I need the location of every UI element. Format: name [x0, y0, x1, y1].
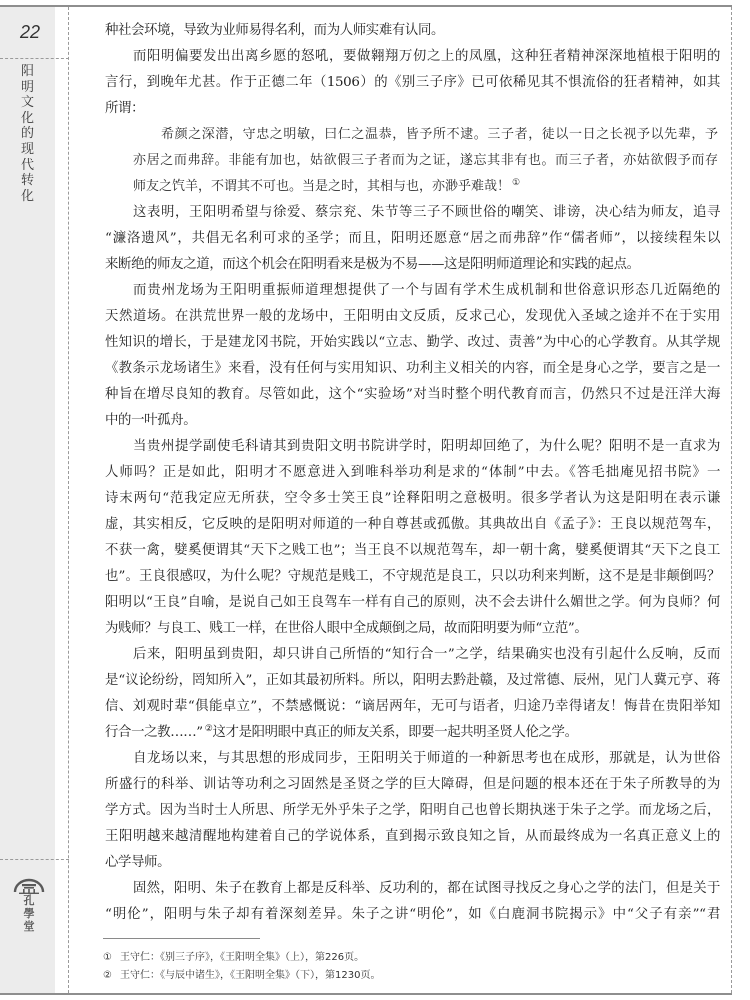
running-title-char: 化: [0, 189, 55, 205]
text-line: 言行，到晚年尤甚。作于正德二年（1506）的《别三子序》已可依稀见其不惧流俗的狂…: [105, 70, 720, 96]
block-quote: 希颜之深潜，守忠之明敏，曰仁之温恭，皆予所不逮。三子者，徒以一日之长视予以先辈，…: [105, 122, 720, 200]
text-line: 所谓：: [105, 96, 720, 122]
running-title-char: 文: [0, 95, 55, 111]
logo-char: 學: [13, 907, 45, 920]
footnote-mark: ①: [103, 951, 120, 965]
text-line: 中的一叶孤舟。: [105, 408, 720, 434]
text-line: 固然，阳明、朱子在教育上都是反科举、反功利的，都在试图寻找反之身心之学的法门，但…: [105, 876, 720, 902]
paragraph: 种社会环境，导致为业师易得名利，而为人师实难有认同。: [105, 18, 720, 44]
text-line: 性知识的增长，于是建龙冈书院，开始实践以“立志、勤学、改过、责善”为中心的心学教…: [105, 330, 720, 356]
running-title-char: 的: [0, 126, 55, 142]
running-title-char: 转: [0, 173, 55, 189]
text-line: 《教条示龙场诸生》来看，没有任何与实用知识、功利主义相关的内容，而全是身心之学，…: [105, 356, 720, 382]
text-line: 当贵州提学副使毛科请其到贵阳文明书院讲学时，阳明却回绝了，为什么呢？阳明不是一直…: [105, 434, 720, 460]
text-line: 阳明以“王良”自喻，是说自己如王良驾车一样有自己的原则，决不会去讲什么媚世之学。…: [105, 590, 720, 616]
text-line: 人师吗？正是如此，阳明才不愿意进入到唯科举功利是求的“体制”中去。《答毛拙庵见招…: [105, 460, 720, 486]
logo-divider: [0, 859, 69, 860]
publisher-logo: 孔 學 堂: [13, 876, 45, 933]
text-segment: 行合一之教……”: [105, 725, 203, 740]
footnote-2: ②王守仁：《与辰中诸生》，《王阳明全集》（下），第1230页。: [103, 969, 380, 983]
footnote-1: ①王守仁：《别三子序》，《王阳明全集》（上），第226页。: [103, 951, 364, 965]
page-number: 22: [0, 19, 60, 45]
text-line: 种旨在增尽良知的教育。尽管如此，这个“实验场”对当时整个明代教育而言，仍然只不过…: [105, 382, 720, 408]
body-text: 种社会环境，导致为业师易得名利，而为人师实难有认同。 而阳明偏要发出出离乡愿的怒…: [105, 18, 720, 928]
right-dashed-border: [731, 7, 732, 993]
paragraph: 而阳明偏要发出出离乡愿的怒吼，要做翱翔万仞之上的凤凰，这种狂者精神深深地植根于阳…: [105, 44, 720, 122]
text-line: 而贵州龙场为王阳明重振师道理想提供了一个与固有学术生成机制和世俗意识形态几近隔绝…: [105, 278, 720, 304]
running-title-char: 代: [0, 158, 55, 174]
logo-char: 孔: [13, 894, 45, 907]
text-line: 王阳明越来越清醒地构建着自己的学说体系，直到揭示致良知之旨，从而最终成为一名真正…: [105, 824, 720, 850]
paragraph: 当贵州提学副使毛科请其到贵阳文明书院讲学时，阳明却回绝了，为什么呢？阳明不是一直…: [105, 434, 720, 642]
text-line: 也”。王良很感叹，为什么呢？守规范是贱工，不守规范是良工，只以功利来判断，这不是…: [105, 564, 720, 590]
bottom-border: [0, 993, 732, 995]
text-line: 不获一禽，嬖奚便谓其“天下之贱工也”；当王良不以规范驾车，却一朝十禽，嬖奚便谓其…: [105, 538, 720, 564]
kongxuetang-logo-icon: [13, 876, 45, 894]
running-title-char: 明: [0, 80, 55, 96]
footnote-ref-1: ①: [512, 178, 520, 188]
footnote-rule: [103, 938, 260, 939]
top-border: [0, 5, 732, 7]
running-title-char: 化: [0, 111, 55, 127]
running-title: 阳 明 文 化 的 现 代 转 化: [0, 64, 55, 204]
paragraph: 这表明，王阳明希望与徐爱、蔡宗兖、朱节等三子不顾世俗的嘲笑、诽谤，决心结为师友，…: [105, 200, 720, 278]
text-line: 天然道场。在洪荒世界一般的龙场中，王阳明由文反质，反求己心，发现优入圣域之途并不…: [105, 304, 720, 330]
footnote-mark: ②: [103, 969, 120, 983]
running-title-char: 阳: [0, 64, 55, 80]
book-page: 22 阳 明 文 化 的 现 代 转 化 孔 學 堂 种社会环境，导致为业师易得…: [0, 0, 750, 1000]
text-line: 是“议论纷纷，罔知所入”，正如其最初所料。所以，阳明去黔赴赣，及过常德、辰州，见…: [105, 668, 720, 694]
text-line: 种社会环境，导致为业师易得名利，而为人师实难有认同。: [105, 18, 720, 44]
text-line: 来断绝的师友之道，而这个机会在阳明看来是极为不易——这是阳明师道理论和实践的起点…: [105, 252, 720, 278]
quote-line: 师友之饩羊，不谓其不可也。当是之时，其相与也，亦渺乎难哉！①: [105, 174, 720, 200]
running-title-char: 现: [0, 142, 55, 158]
text-line: 行合一之教……”②这才是阳明眼中真正的师友关系，即要一起共明圣贤人伦之学。: [105, 720, 720, 746]
text-line: 自龙场以来，与其思想的形成同步，王阳明关于师道的一种新思考也在成形，那就是，认为…: [105, 746, 720, 772]
text-line: “濂洛遗风”，共倡无名利可求的圣学；而且，阳明还愿意“居之而弗辞”作“儒者师”，…: [105, 226, 720, 252]
paragraph: 固然，阳明、朱子在教育上都是反科举、反功利的，都在试图寻找反之身心之学的法门，但…: [105, 876, 720, 928]
text-line: “明伦”，阳明与朱子却有着深刻差异。朱子之讲“明伦”，如《白鹿洞书院揭示》中“父…: [105, 902, 720, 928]
text-line: 诗末两句“范我定应无所获，空令多士笑王良”诠释阳明之意极明。很多学者认为这是阳明…: [105, 486, 720, 512]
footnote-text: 王守仁：《与辰中诸生》，《王阳明全集》（下），第1230页。: [120, 970, 380, 981]
quote-line-text: 师友之饩羊，不谓其不可也。当是之时，其相与也，亦渺乎难哉！: [133, 179, 510, 194]
logo-char: 堂: [13, 920, 45, 933]
footnote-ref-2: ②: [205, 724, 213, 734]
footnote-text: 王守仁：《别三子序》，《王阳明全集》（上），第226页。: [120, 952, 364, 963]
sidebar-dashed-divider: [68, 7, 69, 993]
quote-line: 亦居之而弗辞。非能有加也，姑欲假三子者而为之证，遂忘其非有也。而三子者，亦姑欲假…: [105, 148, 720, 174]
quote-line: 希颜之深潜，守忠之明敏，曰仁之温恭，皆予所不逮。三子者，徒以一日之长视予以先辈，…: [105, 122, 720, 148]
page-number-divider: [0, 58, 69, 59]
text-line: 信、刘观时辈“俱能卓立”，不禁感慨说：“谪居两年，无可与语者，归途乃幸得诸友！悔…: [105, 694, 720, 720]
text-line: 所盛行的科举、训诂等功利之习固然是圣贤之学的巨大障碍，但是问题的根本还在于朱子所…: [105, 772, 720, 798]
text-line: 学方式。因为当时士人所思、所学无外乎朱子之学，阳明自己也曾长期执迷于朱子之学。而…: [105, 798, 720, 824]
paragraph: 而贵州龙场为王阳明重振师道理想提供了一个与固有学术生成机制和世俗意识形态几近隔绝…: [105, 278, 720, 434]
paragraph: 自龙场以来，与其思想的形成同步，王阳明关于师道的一种新思考也在成形，那就是，认为…: [105, 746, 720, 876]
text-line: 心学导师。: [105, 850, 720, 876]
text-line: 这表明，王阳明希望与徐爱、蔡宗兖、朱节等三子不顾世俗的嘲笑、诽谤，决心结为师友，…: [105, 200, 720, 226]
text-segment: 这才是阳明眼中真正的师友关系，即要一起共明圣贤人伦之学。: [213, 725, 578, 740]
paragraph: 后来，阳明虽到贵阳，却只讲自己所悟的“知行合一”之学，结果确实也没有引起什么反响…: [105, 642, 720, 746]
text-line: 后来，阳明虽到贵阳，却只讲自己所悟的“知行合一”之学，结果确实也没有引起什么反响…: [105, 642, 720, 668]
text-line: 虚，其实相反，它反映的是阳明对师道的一种自尊甚或孤傲。其典故出自《孟子》：王良以…: [105, 512, 720, 538]
text-line: 而阳明偏要发出出离乡愿的怒吼，要做翱翔万仞之上的凤凰，这种狂者精神深深地植根于阳…: [105, 44, 720, 70]
text-line: 为贱师？与良工、贱工一样，在世俗人眼中全成颠倒之局，故而阳明要为师“立范”。: [105, 616, 720, 642]
